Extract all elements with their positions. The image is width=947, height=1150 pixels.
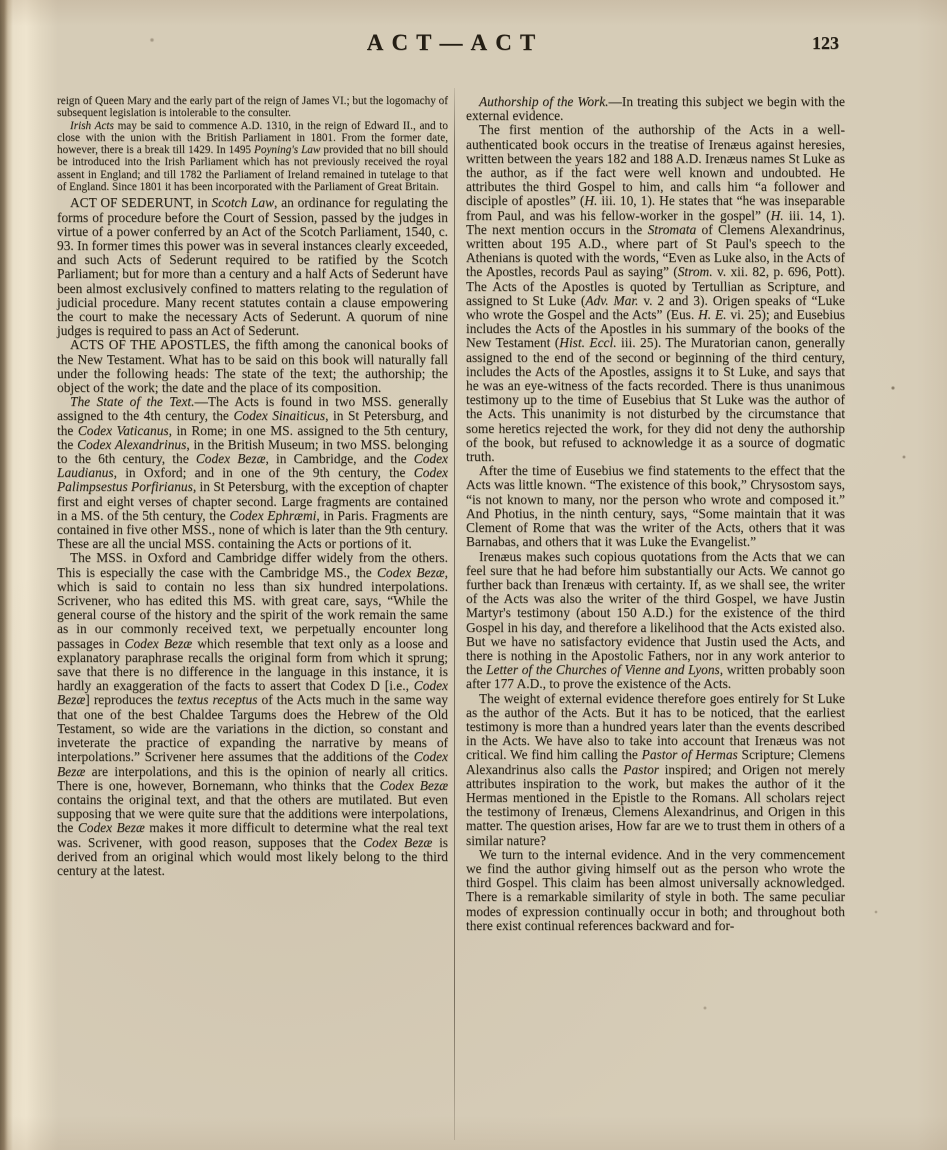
- paragraph: ACT OF SEDERUNT, in Scotch Law, an ordin…: [57, 196, 448, 338]
- paragraph: Irish Acts may be said to commence A.D. …: [57, 120, 448, 194]
- paragraph: ACTS OF THE APOSTLES, the fifth among th…: [57, 338, 448, 395]
- paragraph: We turn to the internal evidence. And in…: [466, 848, 845, 933]
- paragraph: reign of Queen Mary and the early part o…: [57, 95, 448, 120]
- column-divider-rule: [454, 88, 455, 1140]
- right-column: Authorship of the Work.—In treating this…: [466, 95, 845, 933]
- scanned-book-page: ACT—ACT 123 reign of Queen Mary and the …: [0, 0, 947, 1150]
- paragraph: Authorship of the Work.—In treating this…: [466, 95, 845, 123]
- paragraph: The MSS. in Oxford and Cambridge differ …: [57, 551, 448, 878]
- page-number: 123: [812, 33, 839, 54]
- paragraph: Irenæus makes such copious quotations fr…: [466, 550, 845, 692]
- running-title: ACT—ACT: [359, 30, 544, 55]
- paragraph: After the time of Eusebius we find state…: [466, 464, 845, 549]
- paragraph: The State of the Text.—The Acts is found…: [57, 395, 448, 551]
- page-header: ACT—ACT: [57, 30, 845, 56]
- left-column: reign of Queen Mary and the early part o…: [57, 95, 448, 878]
- paragraph: The weight of external evidence therefor…: [466, 692, 845, 848]
- paragraph: The first mention of the authorship of t…: [466, 123, 845, 464]
